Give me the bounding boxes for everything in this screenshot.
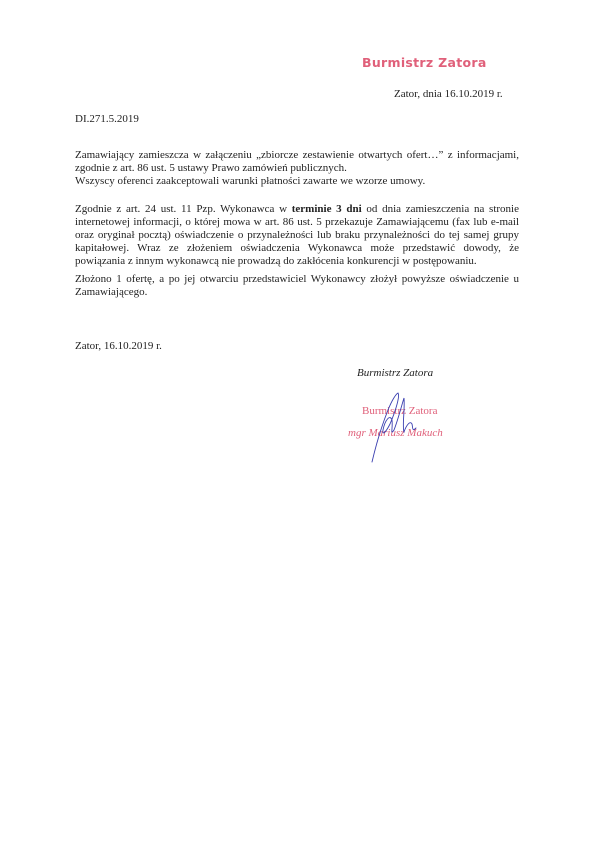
paragraph-3: Złożono 1 ofertę, a po jej otwarciu prze… xyxy=(75,273,519,299)
signer-title: Burmistrz Zatora xyxy=(357,367,433,379)
place-date: Zator, dnia 16.10.2019 r. xyxy=(394,88,503,100)
paragraph-2-text: Zgodnie z art. 24 ust. 11 Pzp. Wykonawca… xyxy=(75,203,519,268)
paragraph-1: Zamawiający zamieszcza w załączeniu „zbi… xyxy=(75,149,519,188)
paragraph-1-text: Zamawiający zamieszcza w załączeniu „zbi… xyxy=(75,149,519,175)
header-stamp: Burmistrz Zatora xyxy=(362,55,487,70)
paragraph-3-text: Złożono 1 ofertę, a po jej otwarciu prze… xyxy=(75,273,519,299)
paragraph-2-start: Zgodnie z art. 24 ust. 11 Pzp. Wykonawca… xyxy=(75,203,292,215)
paragraph-1-text-2: Wszyscy oferenci zaakceptowali warunki p… xyxy=(75,175,519,188)
deadline-emphasis: terminie 3 dni xyxy=(292,203,362,215)
reference-number: DI.271.5.2019 xyxy=(75,113,139,125)
paragraph-2: Zgodnie z art. 24 ust. 11 Pzp. Wykonawca… xyxy=(75,203,519,268)
handwritten-signature-icon xyxy=(360,390,430,470)
footer-date: Zator, 16.10.2019 r. xyxy=(75,340,162,352)
